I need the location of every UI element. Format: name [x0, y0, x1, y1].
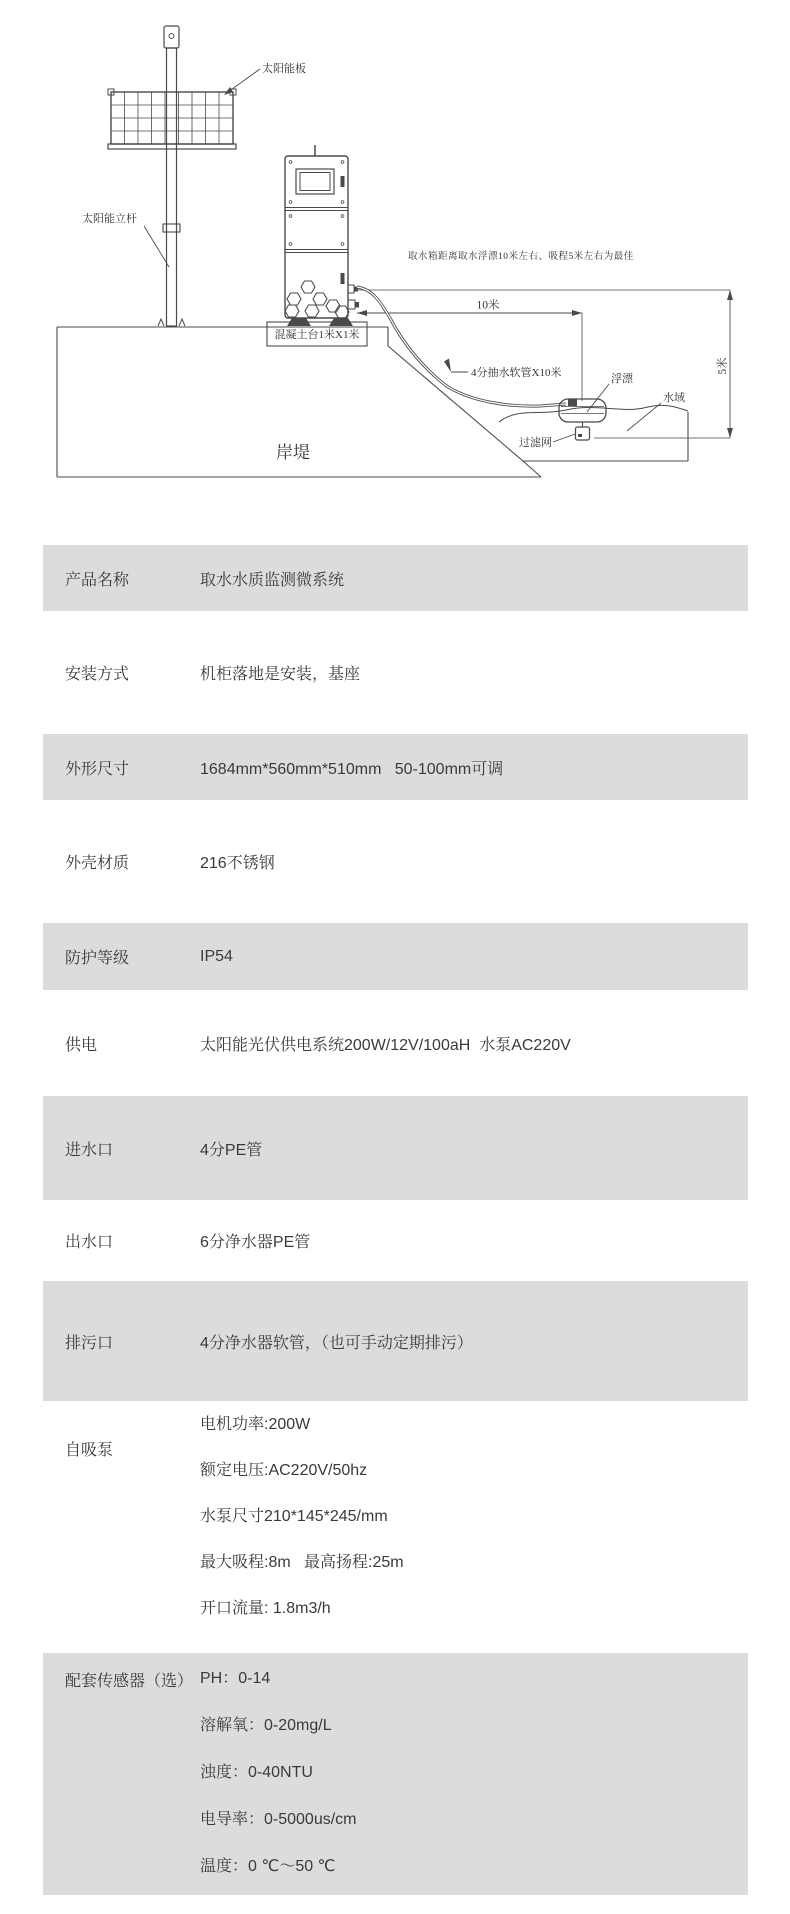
- bank-label: 岸堤: [276, 443, 310, 462]
- filter-net: [576, 427, 590, 440]
- spec-value: 额定电压:AC220V/50hz: [200, 1448, 748, 1494]
- spec-value: 取水水质监测微系统: [200, 567, 748, 590]
- spec-value: 浊度：0-40NTU: [200, 1749, 748, 1796]
- sensor-hexagons: [285, 281, 349, 318]
- solar-panel: [108, 89, 236, 149]
- spec-row-drain-outlet: 排污口 4分净水器软管，（也可手动定期排污）: [43, 1281, 748, 1401]
- spec-value: 1684mm*560mm*510mm 50-100mm可调: [200, 756, 748, 779]
- spec-value: 电导率：0-5000us/cm: [200, 1796, 748, 1843]
- spec-value: 最大吸程:8m 最高扬程:25m: [200, 1540, 748, 1586]
- outlet-nozzle-lower: [348, 300, 355, 309]
- dimension-5m: 5米: [357, 290, 733, 438]
- spec-label: 排污口: [43, 1330, 200, 1353]
- spec-label: 外形尺寸: [43, 756, 200, 779]
- spec-label: 自吸泵: [43, 1401, 200, 1460]
- spec-value: 温度：0 ℃～50 ℃: [200, 1843, 748, 1890]
- spec-value: 太阳能光伏供电系统200W/12V/100aH 水泵AC220V: [200, 1032, 748, 1055]
- spec-label: 出水口: [43, 1229, 200, 1252]
- product-spec-page: 太阳能板 太阳能立杆: [0, 0, 790, 1914]
- outlet-nozzle-upper: [348, 285, 354, 293]
- spec-row-sensors: 配套传感器（选） PH：0-14 溶解氧：0-20mg/L 浊度：0-40NTU…: [43, 1653, 748, 1895]
- solar-panel-leader: [228, 69, 260, 92]
- concrete-base-label: 混凝土台1米X1米: [275, 327, 360, 341]
- spec-label: 供电: [43, 1032, 200, 1055]
- spec-value: 216不锈钢: [200, 850, 748, 873]
- spec-row-installation: 安装方式 机柜落地是安装，基座: [43, 611, 748, 734]
- spec-row-power-supply: 供电 太阳能光伏供电系统200W/12V/100aH 水泵AC220V: [43, 990, 748, 1096]
- float-label: 浮漂: [611, 372, 633, 385]
- solar-pole: [158, 26, 185, 326]
- distance-note: 取水箱距离取水浮漂10米左右、吸程5米左右为最佳: [408, 250, 634, 262]
- spec-label: 安装方式: [43, 661, 200, 684]
- bank-outline: [57, 327, 688, 477]
- suction-hose: [357, 287, 577, 406]
- installation-diagram: 太阳能板 太阳能立杆: [0, 0, 790, 500]
- filter-leader: [553, 434, 575, 442]
- spec-row-shell-material: 外壳材质 216不锈钢: [43, 800, 748, 923]
- spec-value: 水泵尺寸210*145*245/mm: [200, 1494, 748, 1540]
- spec-row-dimensions: 外形尺寸 1684mm*560mm*510mm 50-100mm可调: [43, 734, 748, 800]
- dim-10m-label: 10米: [477, 298, 501, 312]
- spec-value: 6分净水器PE管: [200, 1229, 748, 1252]
- spec-value: PH：0-14: [200, 1655, 748, 1702]
- spec-row-protection-level: 防护等级 IP54: [43, 923, 748, 990]
- spec-value: 4分PE管: [200, 1137, 748, 1160]
- spec-label: 配套传感器（选）: [43, 1653, 200, 1691]
- spec-table: 产品名称 取水水质监测微系统 安装方式 机柜落地是安装，基座 外形尺寸 1684…: [43, 545, 748, 1895]
- solar-panel-label: 太阳能板: [262, 61, 306, 75]
- spec-value: 4分净水器软管，（也可手动定期排污）: [200, 1330, 748, 1353]
- spec-label: 产品名称: [43, 567, 200, 590]
- hose-label: 4分抽水软管X10米: [471, 365, 561, 379]
- solar-pole-label: 太阳能立杆: [82, 211, 137, 225]
- solar-panel-leader-arrow: [224, 87, 233, 95]
- spec-value: IP54: [200, 948, 748, 966]
- spec-label: 防护等级: [43, 945, 200, 968]
- monitoring-cabinet: [285, 145, 359, 326]
- water-leader: [627, 403, 661, 431]
- spec-value: 溶解氧：0-20mg/L: [200, 1702, 748, 1749]
- hose-leader-arrow: [444, 359, 451, 373]
- dimension-10m: 10米: [357, 298, 582, 402]
- spec-label: 进水口: [43, 1137, 200, 1160]
- filter-net-label: 过滤网: [519, 435, 552, 449]
- spec-row-product-name: 产品名称 取水水质监测微系统: [43, 545, 748, 611]
- spec-value: 开口流量: 1.8m3/h: [200, 1586, 748, 1632]
- spec-value: 机柜落地是安装，基座: [200, 661, 748, 684]
- spec-row-pump: 自吸泵 电机功率:200W 额定电压:AC220V/50hz 水泵尺寸210*1…: [43, 1401, 748, 1653]
- spec-label: 外壳材质: [43, 850, 200, 873]
- spec-row-water-outlet: 出水口 6分净水器PE管: [43, 1200, 748, 1281]
- water-area-label: 水域: [663, 390, 685, 404]
- spec-row-water-inlet: 进水口 4分PE管: [43, 1096, 748, 1200]
- spec-value: 电机功率:200W: [200, 1402, 748, 1448]
- dim-5m-label: 5米: [715, 357, 729, 375]
